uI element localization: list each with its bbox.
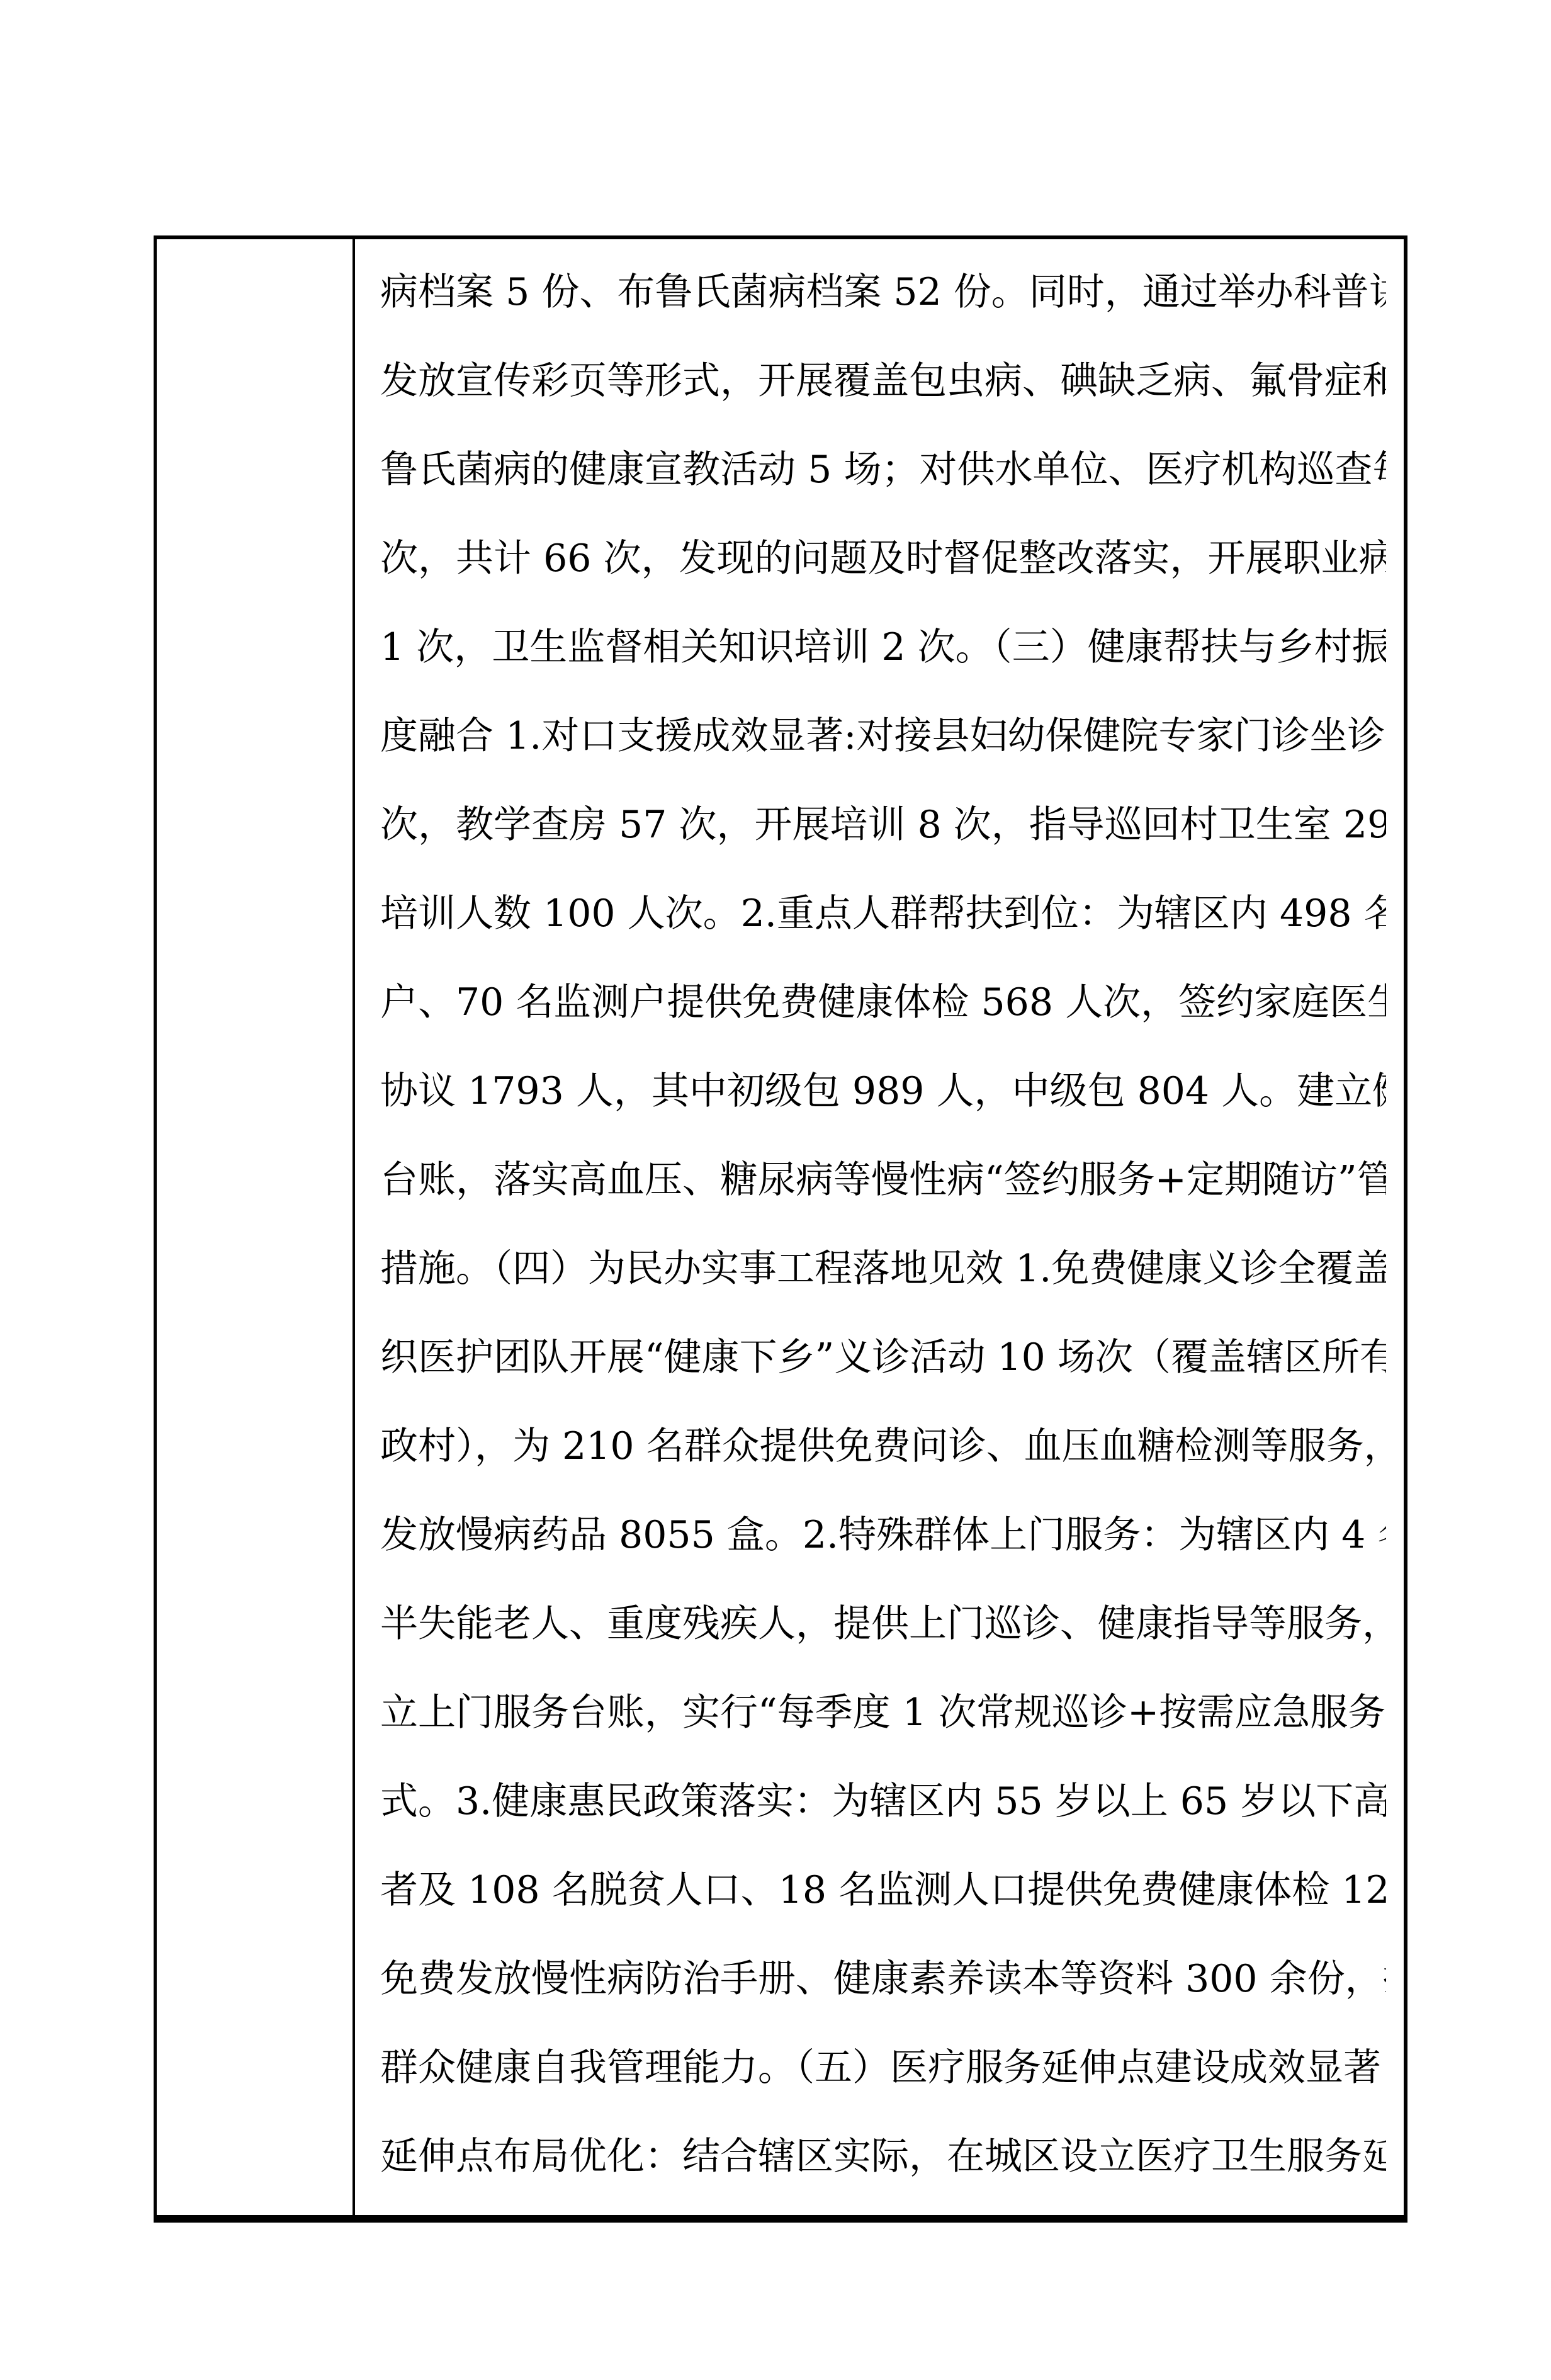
- text-line-7: 次，教学查房 57 次，开展培训 8 次，指导巡回村卫生室 29 次，: [380, 781, 1386, 870]
- text-line-2: 发放宣传彩页等形式，开展覆盖包虫病、碘缺乏病、氟骨症和布: [380, 337, 1386, 426]
- text-line-11: 台账，落实高血压、糖尿病等慢性病“签约服务+定期随访”管理: [380, 1136, 1386, 1225]
- text-line-16: 半失能老人、重度残疾人，提供上门巡诊、健康指导等服务，建: [380, 1580, 1386, 1669]
- text-line-17: 立上门服务台账，实行“每季度 1 次常规巡诊+按需应急服务”模: [380, 1669, 1386, 1757]
- text-line-12: 措施。（四）为民办实事工程落地见效 1.免费健康义诊全覆盖：组: [380, 1225, 1386, 1313]
- text-line-14: 政村），为 210 名群众提供免费问诊、血压血糖检测等服务，免费: [380, 1402, 1386, 1491]
- text-line-5: 1 次，卫生监督相关知识培训 2 次。（三）健康帮扶与乡村振兴深: [380, 603, 1386, 692]
- text-line-13: 织医护团队开展“健康下乡”义诊活动 10 场次（覆盖辖区所有行: [380, 1313, 1386, 1402]
- text-line-19: 者及 108 名脱贫人口、18 名监测人口提供免费健康体检 126 人次，: [380, 1846, 1386, 1935]
- text-line-6: 度融合 1.对口支援成效显著:对接县妇幼保健院专家门诊坐诊 214: [380, 692, 1386, 781]
- text-line-21: 群众健康自我管理能力。（五）医疗服务延伸点建设成效显著 1.: [380, 2024, 1386, 2112]
- table-left-cell-empty: [157, 239, 355, 2215]
- text-line-15: 发放慢病药品 8055 盒。2.特殊群体上门服务：为辖区内 4 名失能: [380, 1491, 1386, 1580]
- scanned-document-page: 病档案 5 份、布鲁氏菌病档案 52 份。同时，通过举办科普讲座、发放宣传彩页等…: [0, 0, 1551, 2380]
- text-line-3: 鲁氏菌病的健康宣教活动 5 场；对供水单位、医疗机构巡查每月 1: [380, 426, 1386, 514]
- text-line-9: 户、70 名监测户提供免费健康体检 568 人次，签约家庭医生服务: [380, 958, 1386, 1047]
- text-line-20: 免费发放慢性病防治手册、健康素养读本等资料 300 余份，提升: [380, 1935, 1386, 2024]
- text-line-4: 次，共计 66 次，发现的问题及时督促整改落实，开展职业病宣传: [380, 514, 1386, 603]
- text-line-18: 式。3.健康惠民政策落实：为辖区内 55 岁以上 65 岁以下高糖患: [380, 1757, 1386, 1846]
- text-line-8: 培训人数 100 人次。2.重点人群帮扶到位：为辖区内 498 名脱贫: [380, 870, 1386, 958]
- report-table: 病档案 5 份、布鲁氏菌病档案 52 份。同时，通过举办科普讲座、发放宣传彩页等…: [154, 235, 1407, 2223]
- text-line-1: 病档案 5 份、布鲁氏菌病档案 52 份。同时，通过举办科普讲座、: [380, 248, 1386, 337]
- text-line-10: 协议 1793 人，其中初级包 989 人，中级包 804 人。建立健康帮扶: [380, 1047, 1386, 1136]
- text-line-22: 延伸点布局优化：结合辖区实际，在城区设立医疗卫生服务延伸: [380, 2112, 1386, 2201]
- table-main-cell: 病档案 5 份、布鲁氏菌病档案 52 份。同时，通过举办科普讲座、发放宣传彩页等…: [358, 239, 1404, 2215]
